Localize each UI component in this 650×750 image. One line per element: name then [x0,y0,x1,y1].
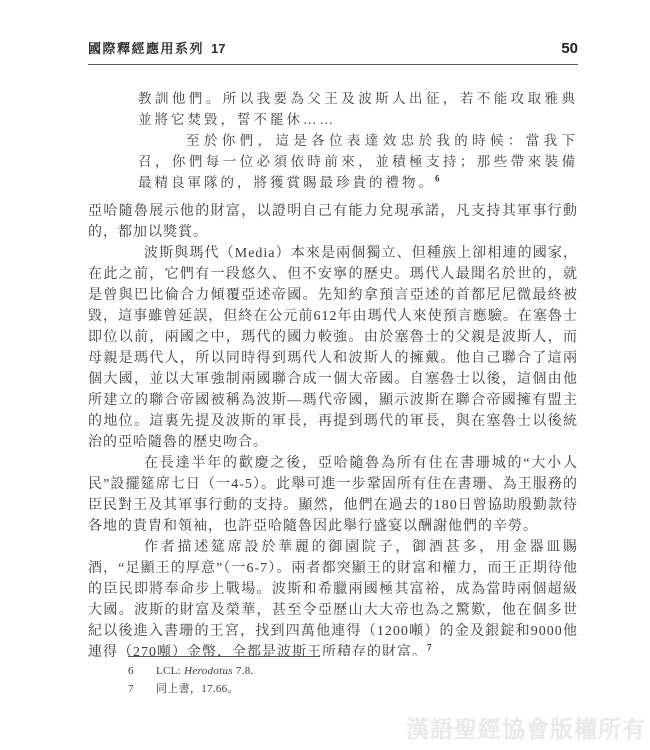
footnote-section: 6LCL: Herodotus 7.8. 7同上書，17.66。 [128,656,458,698]
body-paragraph: 在長達半年的歡慶之後，亞哈隨魯為所有住在書珊城的“大小人民”設擺筵席七日（一4-… [88,453,578,537]
footnote: 6LCL: Herodotus 7.8. [128,662,458,680]
paragraph-text: 亞哈隨魯展示他的財富，以證明自己有能力兌現承諾，凡支持其軍事行動的，都加以獎賞。 [88,204,578,240]
footnote-separator [128,656,320,657]
body-text: 亞哈隨魯展示他的財富，以證明自己有能力兌現承諾，凡支持其軍事行動的，都加以獎賞。… [88,201,578,663]
footnote-marker: 7 [128,680,156,698]
footnote-ref-6: 6 [435,174,440,184]
series-title-text: 國際釋經應用系列 [88,41,204,56]
page-number: 50 [561,40,578,57]
body-paragraph: 波斯與瑪代（Media）本來是兩個獨立、但種族上卻相連的國家，在此之前，它們有一… [88,243,578,453]
footnote-text: LCL: [156,665,184,677]
footnote-ref-7: 7 [427,642,432,652]
footnote-text: 7.8. [233,665,254,677]
paragraph-text: 波斯與瑪代（Media）本來是兩個獨立、但種族上卻相連的國家，在此之前，它們有一… [88,246,578,450]
paragraph-text: 在長達半年的歡慶之後，亞哈隨魯為所有住在書珊城的“大小人民”設擺筵席七日（一4-… [88,456,578,534]
quote-text: 教訓他們。所以我要為父王及波斯人出征，若不能攻取雅典並將它焚毀，誓不罷休…… [138,91,578,127]
block-quote: 教訓他們。所以我要為父王及波斯人出征，若不能攻取雅典並將它焚毀，誓不罷休…… 至… [138,88,578,193]
series-title: 國際釋經應用系列17 [88,38,225,57]
page-header: 國際釋經應用系列17 50 [88,38,578,65]
quote-paragraph: 至於你們，這是各位表達效忠於我的時候：當我下召，你們每一位必須依時前來，並積極支… [138,130,578,193]
quote-paragraph: 教訓他們。所以我要為父王及波斯人出征，若不能攻取雅典並將它焚毀，誓不罷休…… [138,88,578,130]
quote-text: 至於你們，這是各位表達效忠於我的時候：當我下召，你們每一位必須依時前來，並積極支… [138,133,578,190]
footnote: 7同上書，17.66。 [128,680,458,698]
series-number: 17 [211,41,225,56]
paragraph-text: 作者描述筵席設於華麗的御園院子，御酒甚多，用金器皿賜酒，“足顯王的厚意”（一6-… [88,540,578,660]
body-paragraph: 亞哈隨魯展示他的財富，以證明自己有能力兌現承諾，凡支持其軍事行動的，都加以獎賞。 [88,201,578,243]
book-page: 國際釋經應用系列17 50 教訓他們。所以我要為父王及波斯人出征，若不能攻取雅典… [0,0,650,750]
footnote-work-title: Herodotus [184,665,233,677]
page-content: 國際釋經應用系列17 50 教訓他們。所以我要為父王及波斯人出征，若不能攻取雅典… [88,0,578,663]
footnote-marker: 6 [128,662,156,680]
publisher-watermark: 漢語聖經協會版權所有 [406,711,646,744]
body-paragraph: 作者描述筵席設於華麗的御園院子，御酒甚多，用金器皿賜酒，“足顯王的厚意”（一6-… [88,537,578,663]
footnote-text: 同上書，17.66。 [156,683,239,695]
